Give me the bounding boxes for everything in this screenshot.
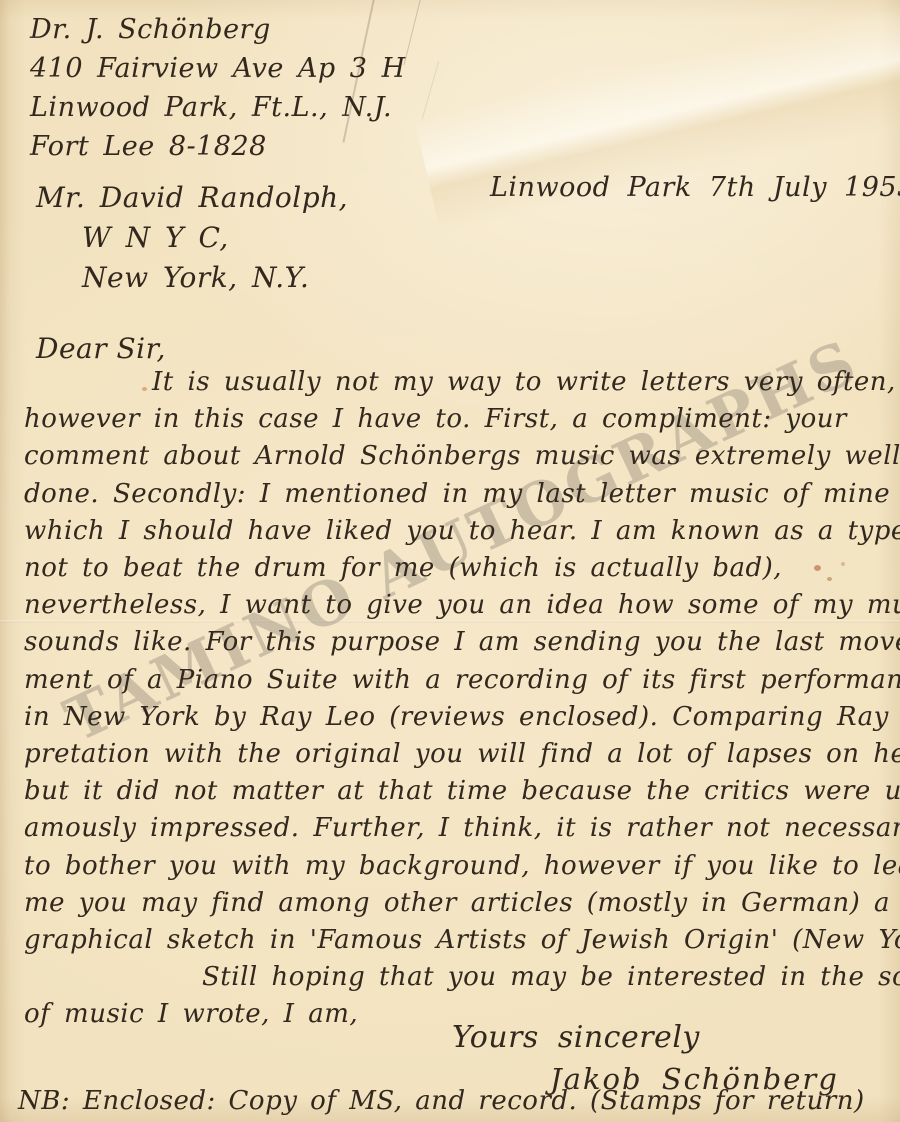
body-line: sounds like. For this purpose I am sendi… — [24, 624, 886, 661]
body-line: nevertheless, I want to give you an idea… — [24, 587, 886, 624]
body-line: which I should have liked you to hear. I… — [24, 513, 886, 550]
recipient-org: W N Y C, — [36, 218, 348, 258]
body-line: ment of a Piano Suite with a recording o… — [24, 662, 886, 699]
body-line: graphical sketch in 'Famous Artists of J… — [24, 922, 886, 959]
sender-address-block: Dr. J. Schönberg 410 Fairview Ave Ap 3 H… — [30, 10, 406, 166]
body-line: however in this case I have to. First, a… — [24, 401, 886, 438]
postscript: NB: Enclosed: Copy of MS, and record. (S… — [18, 1086, 865, 1116]
body-line: not to beat the drum for me (which is ac… — [24, 550, 886, 587]
sender-street: 410 Fairview Ave Ap 3 H — [30, 49, 406, 88]
sender-city: Linwood Park, Ft.L., N.J. — [30, 88, 406, 127]
closing-valediction: Yours sincerely — [452, 1020, 700, 1055]
recipient-name: Mr. David Randolph, — [36, 178, 348, 218]
body-line: in New York by Ray Leo (reviews enclosed… — [24, 699, 886, 736]
sender-phone: Fort Lee 8-1828 — [30, 127, 406, 166]
dateline: Linwood Park 7th July 1955 — [490, 172, 900, 203]
sender-name: Dr. J. Schönberg — [30, 10, 406, 49]
salutation: Dear Sir, — [36, 332, 166, 365]
body-line: but it did not matter at that time becau… — [24, 773, 886, 810]
letter-body: It is usually not my way to write letter… — [24, 364, 886, 1034]
recipient-city: New York, N.Y. — [36, 258, 348, 298]
body-line: me you may find among other articles (mo… — [24, 885, 886, 922]
body-line: comment about Arnold Schönbergs music wa… — [24, 438, 886, 475]
recipient-address-block: Mr. David Randolph, W N Y C, New York, N… — [36, 178, 348, 298]
body-line: pretation with the original you will fin… — [24, 736, 886, 773]
body-line: Still hoping that you may be interested … — [24, 959, 886, 996]
body-line: amously impressed. Further, I think, it … — [24, 810, 886, 847]
body-line: done. Secondly: I mentioned in my last l… — [24, 476, 886, 513]
body-line: to bother you with my background, howeve… — [24, 848, 886, 885]
body-line: It is usually not my way to write letter… — [24, 364, 886, 401]
